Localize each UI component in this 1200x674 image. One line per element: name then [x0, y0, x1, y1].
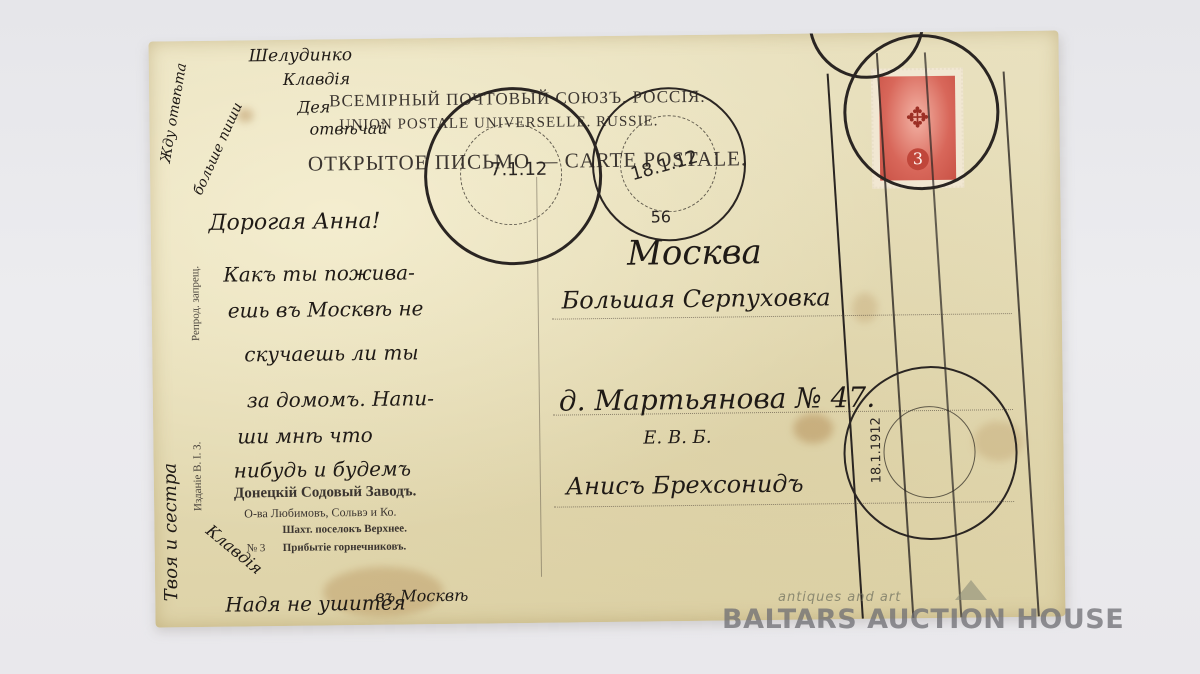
postmark-number: 56 [651, 207, 672, 226]
margin-note: Шелудинко [249, 45, 353, 66]
watermark-tagline: antiques and art [778, 590, 901, 605]
postmark-date: 18.1.1912 [869, 417, 885, 483]
message-line: за домомъ. Напи- [247, 386, 434, 412]
caption-title: Донецкій Содовый Заводъ. [234, 483, 417, 502]
margin-note: больше пиши [190, 100, 246, 198]
postcard: ВСЕМІРНЫЙ ПОЧТОВЫЙ СОЮЗЪ. РОССІЯ. UNION … [148, 30, 1065, 627]
message-line: скучаешь ли ты [244, 340, 419, 366]
caption-line-3: Прибытіе горнечниковъ. [283, 540, 407, 554]
message-line: ешь въ Москвѣ не [228, 296, 424, 322]
recipient-name: Анисъ Брехсонидъ [566, 470, 804, 501]
margin-note: Твоя и сестра [160, 463, 183, 602]
margin-note: Клавдія [283, 69, 351, 89]
message-greeting: Дорогая Анна! [209, 209, 381, 236]
margin-note: въ Москвѣ [375, 586, 468, 606]
margin-note: Жду отвѣта [158, 62, 190, 164]
caption-line-2: Шахт. поселокъ Верхнее. [282, 522, 407, 536]
watermark-brand: BALTARS AUCTION HOUSE [722, 604, 1124, 635]
publisher-imprint: Изданіе В. І. З. [191, 442, 204, 512]
message-line: нибудь и будемъ [234, 456, 412, 482]
message-line: Какъ ты поживa- [223, 260, 415, 286]
reproduction-notice: Репрод. запрещ. [189, 266, 202, 341]
crown-icon [955, 580, 987, 600]
stain [852, 293, 878, 323]
recipient-initials: Е. В. Б. [643, 427, 711, 449]
address-street: Большая Серпуховка [561, 283, 830, 314]
postmark-date: 7.1.12 [490, 159, 548, 181]
margin-note: отвѣчай [309, 119, 387, 139]
message-line: ши мнѣ что [237, 423, 373, 449]
stain [793, 413, 833, 443]
cancel-line [1003, 71, 1040, 616]
margin-note: Дея [297, 97, 330, 116]
address-house: д. Мартьянова № 47. [559, 381, 876, 418]
caption-line-1: О-ва Любимовъ, Сольвэ и Ко. [244, 505, 396, 522]
